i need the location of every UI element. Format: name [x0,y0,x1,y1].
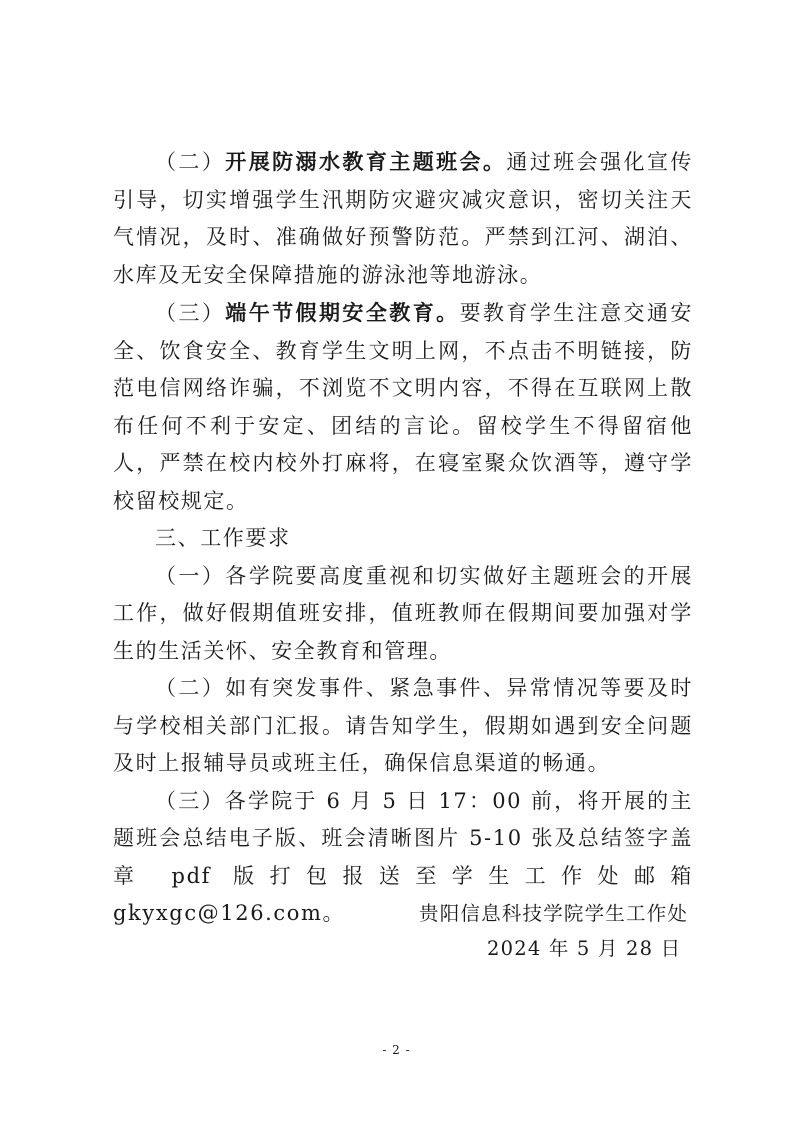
item-prefix: （一） [155,564,225,588]
document-body: （二）开展防溺水教育主题班会。通过班会强化宣传引导，切实增强学生汛期防灾避灾减灾… [113,143,693,933]
bold-lead: 端午节假期安全教育。 [225,300,459,325]
item-prefix: （二） [155,150,225,174]
page-number: - 2 - [0,1043,793,1057]
item-prefix: （三） [155,301,225,325]
paragraph-drowning-prevention: （二）开展防溺水教育主题班会。通过班会强化宣传引导，切实增强学生汛期防灾避灾减灾… [113,143,693,294]
paragraph-requirement-2: （二）如有突发事件、紧急事件、异常情况等要及时与学校相关部门汇报。请告知学生，假… [113,670,693,783]
item-prefix: （三） [155,789,225,813]
bold-lead: 开展防溺水教育主题班会。 [225,149,506,174]
paragraph-text: 要教育学生注意交通安全、饮食安全、教育学生文明上网，不点击不明链接，防范电信网络… [113,301,693,513]
paragraph-dragon-boat-safety: （三）端午节假期安全教育。要教育学生注意交通安全、饮食安全、教育学生文明上网，不… [113,294,693,520]
item-prefix: （二） [155,676,225,700]
paragraph-requirement-1: （一）各学院要高度重视和切实做好主题班会的开展工作，做好假期值班安排，值班教师在… [113,558,693,671]
section-heading-work-requirements: 三、工作要求 [113,520,693,558]
document-page: （二）开展防溺水教育主题班会。通过班会强化宣传引导，切实增强学生汛期防灾避灾减灾… [0,0,793,1122]
signature-date: 2024 年 5 月 28 日 [487,933,681,961]
signature-organization: 贵阳信息科技学院学生工作处 [419,898,688,926]
